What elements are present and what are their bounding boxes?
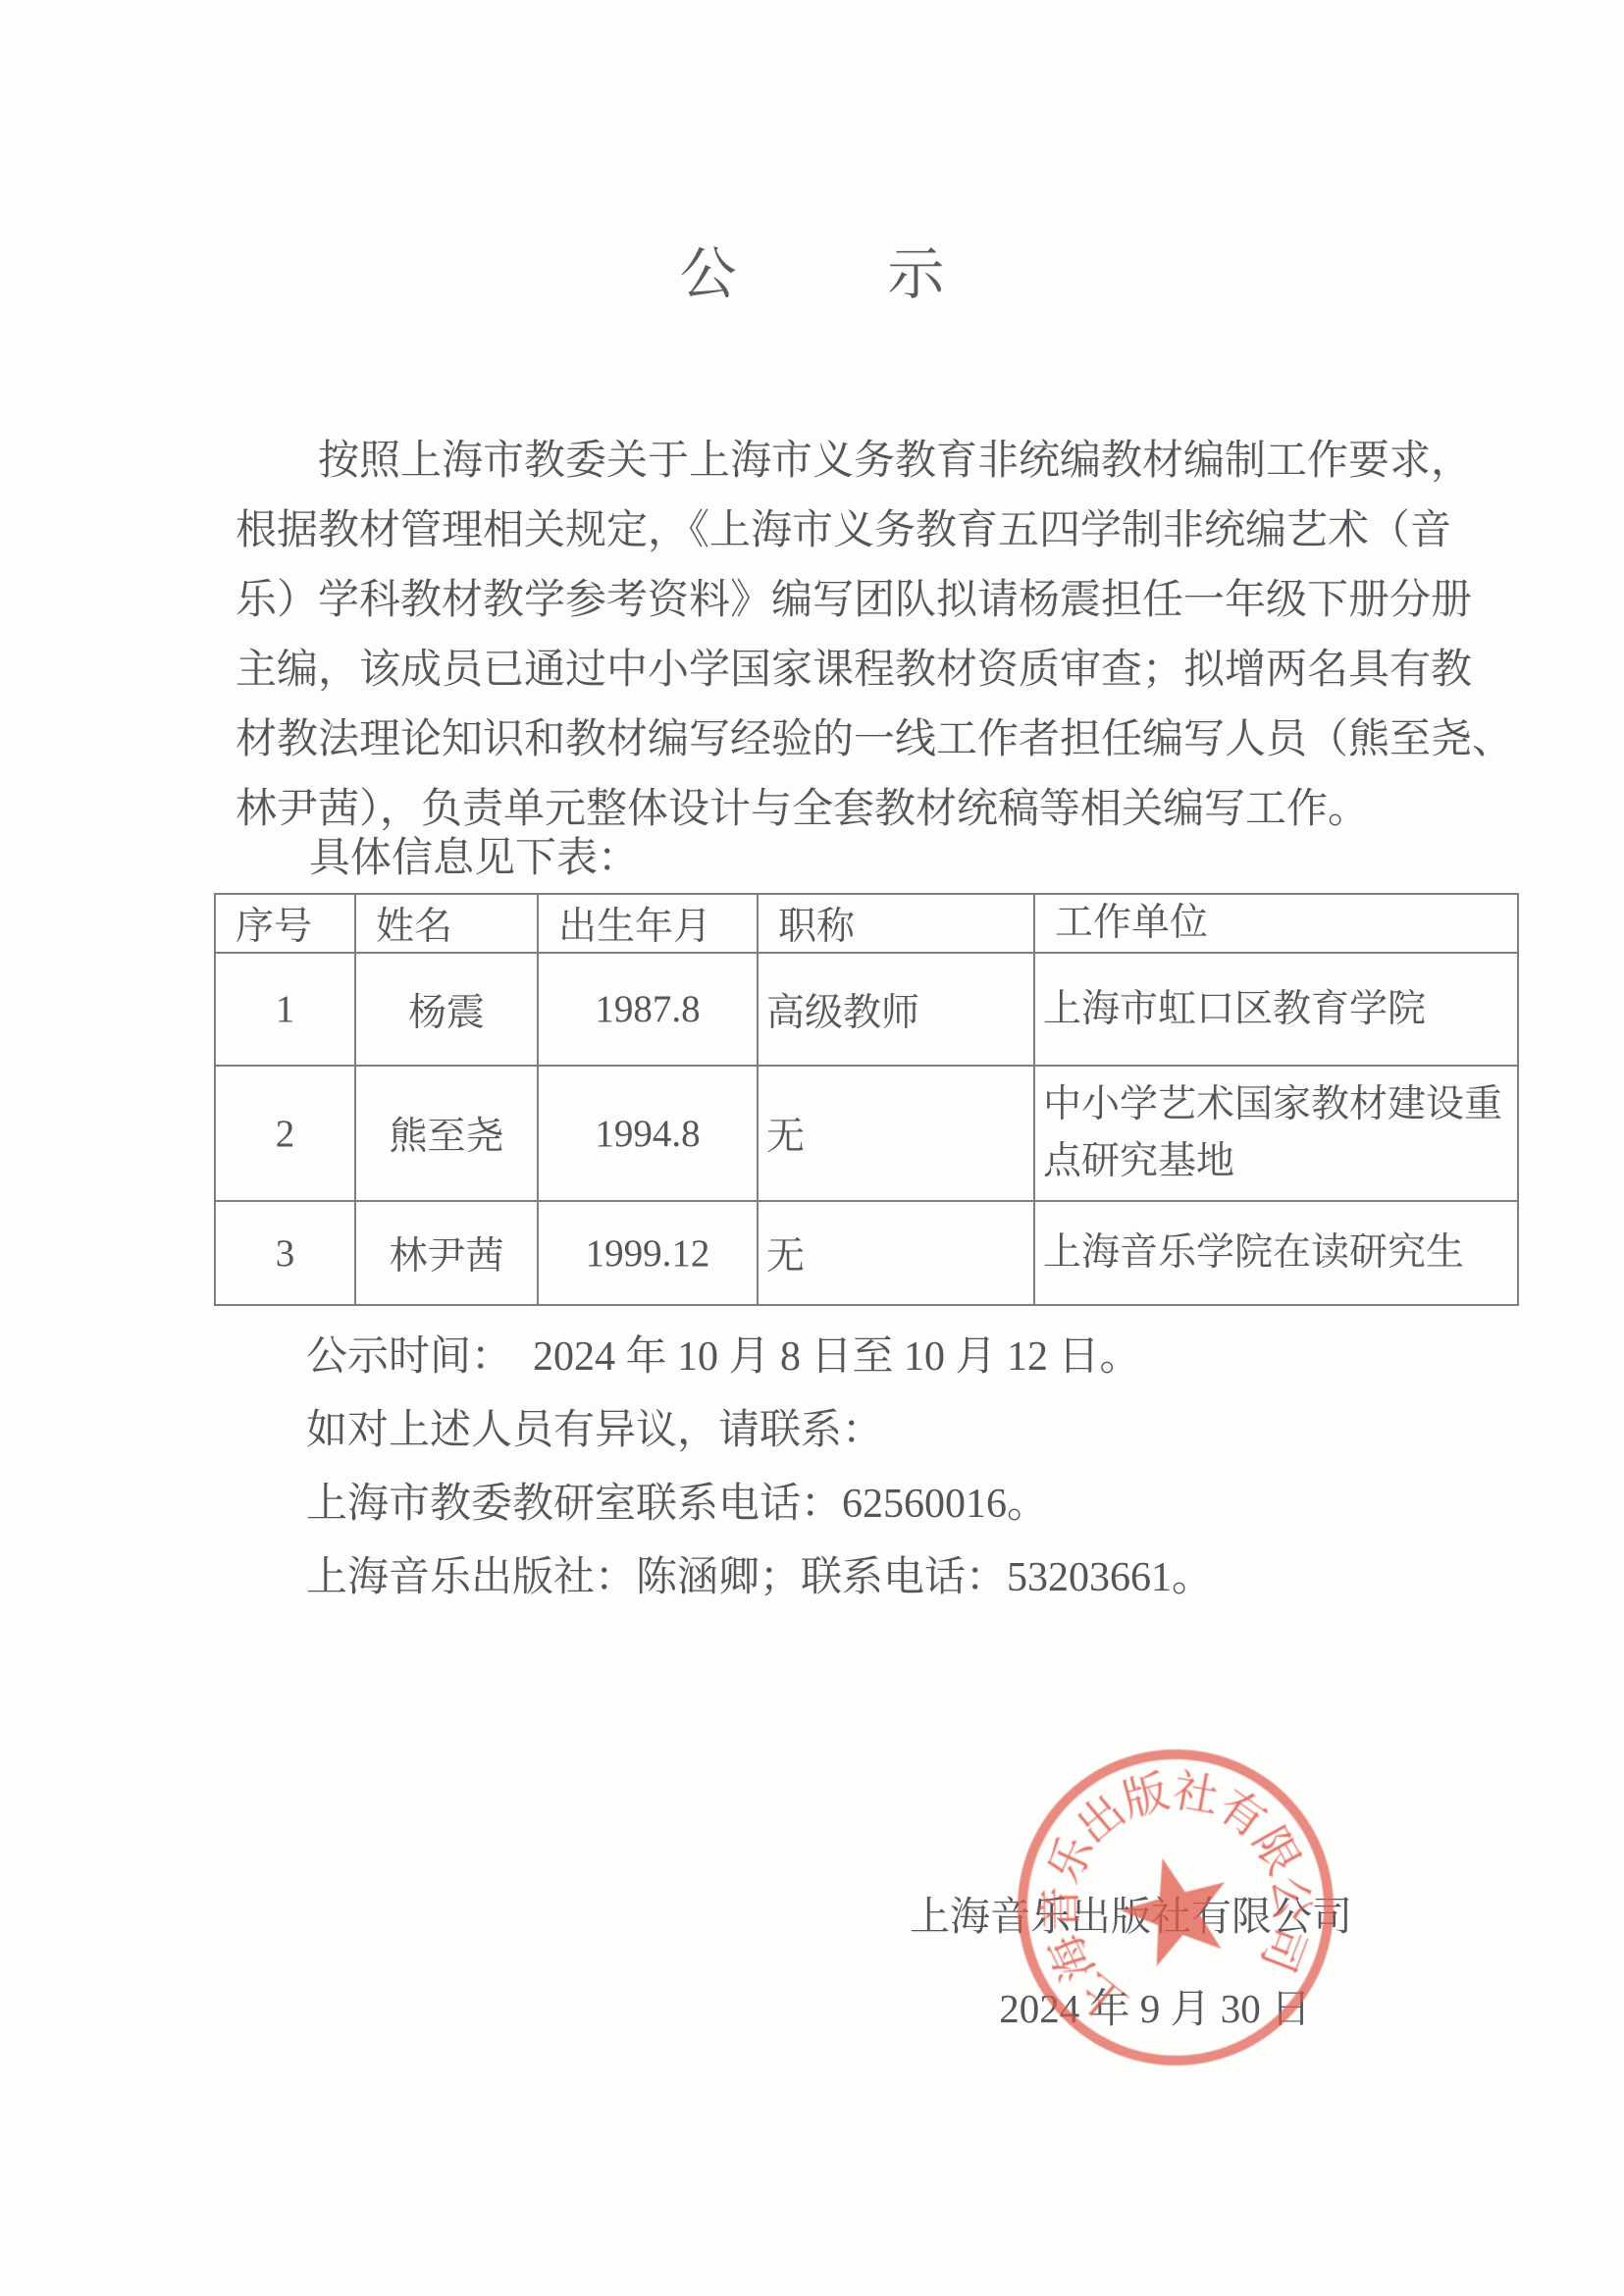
cell-unit: 上海音乐学院在读研究生 [1034, 1201, 1518, 1305]
seal-char: 公 [1264, 1875, 1317, 1924]
cell-name: 林尹茜 [355, 1201, 538, 1305]
document-page: 公 示 按照上海市教委关于上海市义务教育非统编教材编制工作要求， 根据教材管理相… [0, 0, 1624, 2296]
header-title: 职称 [758, 894, 1034, 953]
cell-title: 无 [758, 1066, 1034, 1201]
body-line: 根据教材管理相关规定，《上海市义务教育五四学制非统编艺术（音 [236, 496, 1492, 566]
cell-unit: 中小学艺术国家教材建设重点研究基地 [1034, 1066, 1518, 1201]
header-seq: 序号 [215, 894, 355, 953]
cell-birth: 1994.8 [538, 1066, 758, 1201]
notice-contact-jiaowei: 上海市教委教研室联系电话：62560016。 [306, 1468, 1213, 1541]
page-title: 公 示 [0, 228, 1624, 310]
notice-block: 公示时间： 2024 年 10 月 8 日至 10 月 12 日。 如对上述人员… [306, 1321, 1213, 1615]
cell-name: 杨震 [355, 953, 538, 1066]
star-icon [1110, 1844, 1241, 1971]
header-name: 姓名 [355, 894, 538, 953]
table-intro: 具体信息见下表： [309, 825, 639, 884]
seal-char: 司 [1252, 1918, 1315, 1978]
cell-unit: 上海市虹口区教育学院 [1034, 953, 1518, 1066]
header-unit: 工作单位 [1034, 894, 1518, 953]
notice-period: 公示时间： 2024 年 10 月 8 日至 10 月 12 日。 [306, 1321, 1213, 1394]
cell-title: 无 [758, 1201, 1034, 1305]
body-line: 主编，该成员已通过中小学国家课程教材资质审查；拟增两名具有教 [236, 636, 1492, 705]
cell-birth: 1987.8 [538, 953, 758, 1066]
header-birth: 出生年月 [538, 894, 758, 953]
body-line: 按照上海市教委关于上海市义务教育非统编教材编制工作要求， [236, 427, 1492, 496]
cell-seq: 3 [215, 1201, 355, 1305]
company-seal-stamp: 上海音乐出版社有限公司 [969, 1700, 1382, 2113]
cell-seq: 2 [215, 1066, 355, 1201]
table-header-row: 序号 姓名 出生年月 职称 工作单位 [215, 894, 1518, 953]
table-row: 3 林尹茜 1999.12 无 上海音乐学院在读研究生 [215, 1201, 1518, 1305]
notice-contact-press: 上海音乐出版社：陈涵卿；联系电话：53203661。 [306, 1541, 1213, 1615]
notice-objection: 如对上述人员有异议，请联系： [306, 1394, 1213, 1468]
body-line: 乐）学科教材教学参考资料》编写团队拟请杨震担任一年级下册分册 [236, 566, 1492, 636]
seal-char: 音 [1035, 1886, 1085, 1932]
staff-table: 序号 姓名 出生年月 职称 工作单位 1 杨震 1987.8 高级教师 上海市虹… [214, 893, 1519, 1306]
table-row: 2 熊至尧 1994.8 无 中小学艺术国家教材建设重点研究基地 [215, 1066, 1518, 1201]
cell-name: 熊至尧 [355, 1066, 538, 1201]
cell-birth: 1999.12 [538, 1201, 758, 1305]
cell-title: 高级教师 [758, 953, 1034, 1066]
body-paragraph: 按照上海市教委关于上海市义务教育非统编教材编制工作要求， 根据教材管理相关规定，… [236, 427, 1492, 845]
body-line: 材教法理论知识和教材编写经验的一线工作者担任编写人员（熊至尧、 [236, 705, 1492, 775]
table-row: 1 杨震 1987.8 高级教师 上海市虹口区教育学院 [215, 953, 1518, 1066]
cell-seq: 1 [215, 953, 355, 1066]
